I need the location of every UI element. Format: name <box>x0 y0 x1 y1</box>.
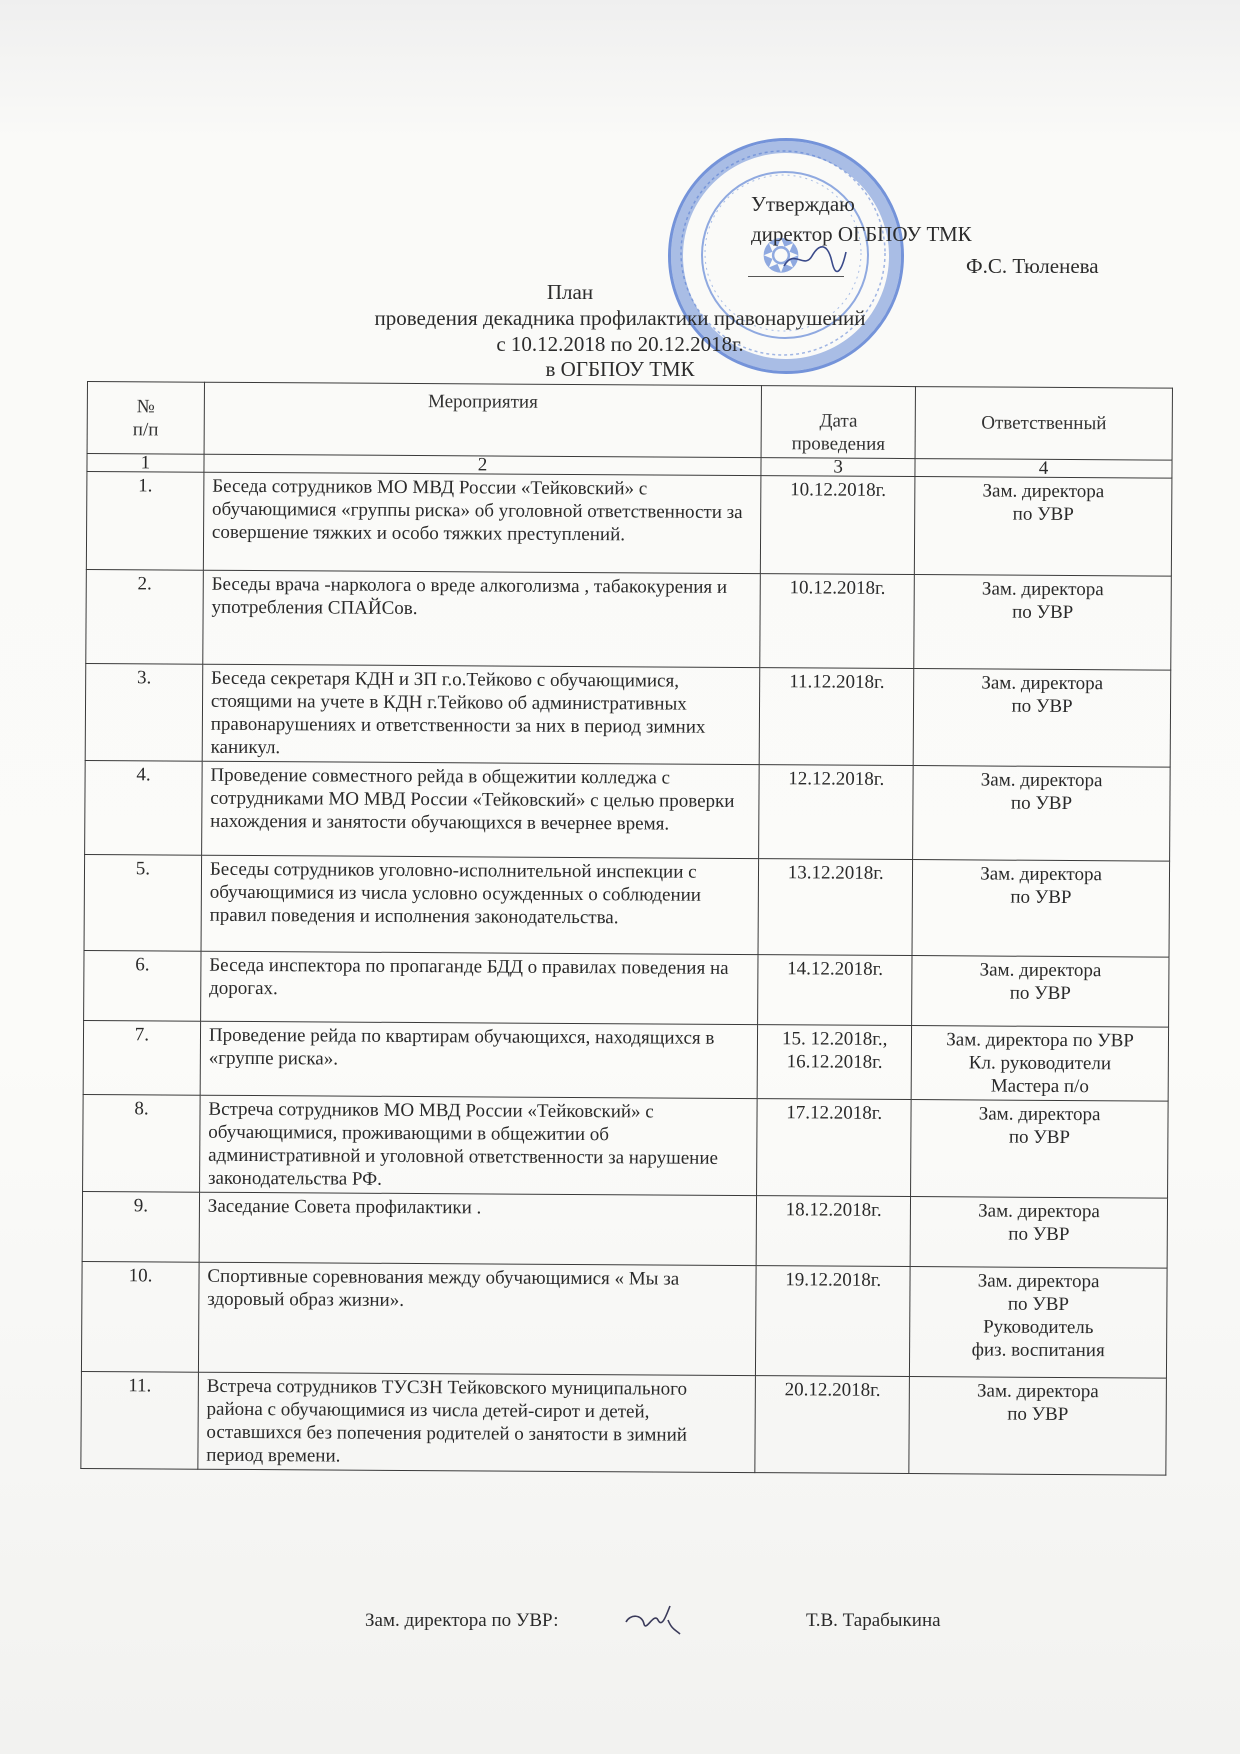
row-responsible: Зам. директорапо УВРРуководительфиз. вос… <box>910 1267 1167 1379</box>
header-date: Дата проведения <box>761 386 915 459</box>
document-title: План <box>0 280 1190 305</box>
table-row: 4.Проведение совместного рейда в общежит… <box>85 760 1171 861</box>
row-number: 10. <box>81 1261 199 1372</box>
row-responsible: Зам. директорапо УВР <box>909 1377 1166 1476</box>
row-event: Встреча сотрудников МО МВД России «Тейко… <box>199 1095 757 1195</box>
table-header-row: № п/п Мероприятия Дата проведения Ответс… <box>87 382 1172 461</box>
responsible-line: Зам. директора <box>921 862 1161 886</box>
row-responsible: Зам. директорапо УВР <box>912 860 1169 958</box>
row-event: Беседа сотрудников МО МВД России «Тейков… <box>203 472 761 573</box>
row-number: 1. <box>86 472 203 571</box>
responsible-line: Зам. директора <box>922 671 1162 695</box>
column-index: 1 <box>87 454 204 473</box>
row-date: 20.12.2018г. <box>755 1376 910 1474</box>
document-subtitle: проведения декадника профилактики правон… <box>0 306 1240 331</box>
column-index: 3 <box>761 458 915 477</box>
header-number-line2: п/п <box>96 418 196 442</box>
events-plan-table: № п/п Мероприятия Дата проведения Ответс… <box>80 381 1173 1476</box>
row-date: 11.12.2018г. <box>759 668 914 766</box>
row-date: 13.12.2018г. <box>758 859 913 956</box>
table-row: 3.Беседа секретаря КДН и ЗП г.о.Тейково … <box>85 663 1171 767</box>
row-event: Беседы сотрудников уголовно-исполнительн… <box>201 855 759 954</box>
row-responsible: Зам. директорапо УВР <box>913 766 1170 862</box>
row-date: 18.12.2018г. <box>756 1196 910 1267</box>
responsible-line: по УВР <box>918 1292 1158 1316</box>
responsible-line: Мастера п/о <box>920 1074 1160 1098</box>
row-responsible: Зам. директорапо УВР <box>911 1100 1168 1199</box>
table-row: 8.Встреча сотрудников МО МВД России «Тей… <box>83 1094 1169 1198</box>
responsible-line: Зам. директора <box>918 1379 1158 1403</box>
row-event: Беседа секретаря КДН и ЗП г.о.Тейково с … <box>202 664 760 764</box>
row-responsible: Зам. директорапо УВР <box>912 956 1169 1028</box>
row-number: 5. <box>84 854 201 951</box>
responsible-line: Руководитель <box>918 1315 1158 1339</box>
responsible-line: по УВР <box>923 600 1163 624</box>
table-row: 5.Беседы сотрудников уголовно-исполнител… <box>84 854 1170 957</box>
header-responsible-label: Ответственный <box>981 412 1106 434</box>
row-number: 6. <box>84 950 201 1021</box>
responsible-line: Зам. директора <box>919 1269 1159 1293</box>
responsible-line: по УВР <box>922 791 1162 815</box>
responsible-line: Зам. директора <box>923 577 1163 601</box>
row-event: Спортивные соревнования между обучающими… <box>198 1262 756 1375</box>
row-number: 7. <box>83 1020 200 1095</box>
deputy-signature-icon <box>620 1600 690 1640</box>
table-row: 6.Беседа инспектора по пропаганде БДД о … <box>84 950 1169 1027</box>
responsible-line: по УВР <box>919 1222 1159 1246</box>
row-number: 11. <box>81 1371 198 1469</box>
row-event: Беседы врача -нарколога о вреде алкоголи… <box>203 570 761 667</box>
footer-signer-role: Зам. директора по УВР: <box>365 1610 559 1632</box>
row-responsible: Зам. директорапо УВР <box>915 477 1172 577</box>
responsible-line: по УВР <box>922 694 1162 718</box>
document-date-range: с 10.12.2018 по 20.12.2018г. <box>0 332 1240 357</box>
responsible-line: Зам. директора <box>920 1102 1160 1126</box>
footer-signer-name: Т.В. Тарабыкина <box>806 1610 941 1632</box>
row-number: 4. <box>85 760 202 855</box>
table-row: 9.Заседание Совета профилактики .18.12.2… <box>82 1191 1167 1268</box>
responsible-line: Кл. руководители <box>920 1051 1160 1075</box>
responsible-line: по УВР <box>920 1125 1160 1149</box>
responsible-line: Зам. директора <box>919 1199 1159 1223</box>
responsible-line: по УВР <box>921 885 1161 909</box>
header-date-line2: проведения <box>770 432 907 456</box>
approver-name: Ф.С. Тюленева <box>966 254 1099 279</box>
approval-label: Утверждаю <box>751 192 855 217</box>
table-row: 1.Беседа сотрудников МО МВД России «Тейк… <box>86 472 1172 577</box>
header-date-line1: Дата <box>770 409 907 433</box>
table-row: 7.Проведение рейда по квартирам обучающи… <box>83 1020 1168 1101</box>
column-index: 4 <box>915 459 1172 479</box>
row-event: Проведение совместного рейда в общежитии… <box>201 761 759 858</box>
header-events-label: Мероприятия <box>428 391 538 413</box>
row-date: 10.12.2018г. <box>760 574 914 669</box>
header-number: № п/п <box>87 382 204 455</box>
row-date: 14.12.2018г. <box>758 955 912 1026</box>
table-body: 1.Беседа сотрудников МО МВД России «Тейк… <box>81 472 1172 1476</box>
header-responsible: Ответственный <box>915 387 1172 461</box>
table-row: 10.Спортивные соревнования между обучающ… <box>81 1261 1167 1378</box>
row-number: 9. <box>82 1191 199 1262</box>
responsible-line: Зам. директора <box>921 958 1161 982</box>
header-events: Мероприятия <box>204 382 762 457</box>
row-responsible: Зам. директорапо УВР <box>913 669 1170 768</box>
responsible-line: физ. воспитания <box>918 1338 1158 1362</box>
row-responsible: Зам. директорапо УВР <box>914 575 1171 671</box>
signature-line <box>748 276 844 277</box>
row-responsible: Зам. директора по УВРКл. руководителиМас… <box>911 1026 1168 1102</box>
header-number-line1: № <box>96 395 196 419</box>
row-number: 2. <box>86 569 203 664</box>
table-row: 11.Встреча сотрудников ТУСЗН Тейковского… <box>81 1371 1167 1475</box>
responsible-line: Зам. директора <box>922 768 1162 792</box>
row-responsible: Зам. директорапо УВР <box>910 1197 1167 1269</box>
row-number: 3. <box>85 663 202 761</box>
row-event: Проведение рейда по квартирам обучающихс… <box>200 1021 758 1098</box>
row-date: 15. 12.2018г., 16.12.2018г. <box>757 1025 911 1100</box>
responsible-line: Зам. директора <box>923 479 1163 503</box>
responsible-line: по УВР <box>920 981 1160 1005</box>
row-event: Заседание Совета профилактики . <box>199 1192 757 1265</box>
row-event: Встреча сотрудников ТУСЗН Тейковского му… <box>198 1372 756 1472</box>
responsible-line: Зам. директора по УВР <box>920 1028 1160 1052</box>
row-date: 10.12.2018г. <box>761 476 916 575</box>
responsible-line: по УВР <box>918 1402 1158 1426</box>
responsible-line: по УВР <box>923 502 1163 526</box>
row-date: 12.12.2018г. <box>759 765 913 860</box>
table-row: 2.Беседы врача -нарколога о вреде алкого… <box>86 569 1172 670</box>
director-signature-icon <box>780 240 850 276</box>
document-organization: в ОГБПОУ ТМК <box>0 357 1240 382</box>
row-date: 19.12.2018г. <box>756 1266 911 1377</box>
row-date: 17.12.2018г. <box>757 1099 912 1197</box>
row-event: Беседа инспектора по пропаганде БДД о пр… <box>200 951 758 1024</box>
row-number: 8. <box>83 1094 200 1192</box>
